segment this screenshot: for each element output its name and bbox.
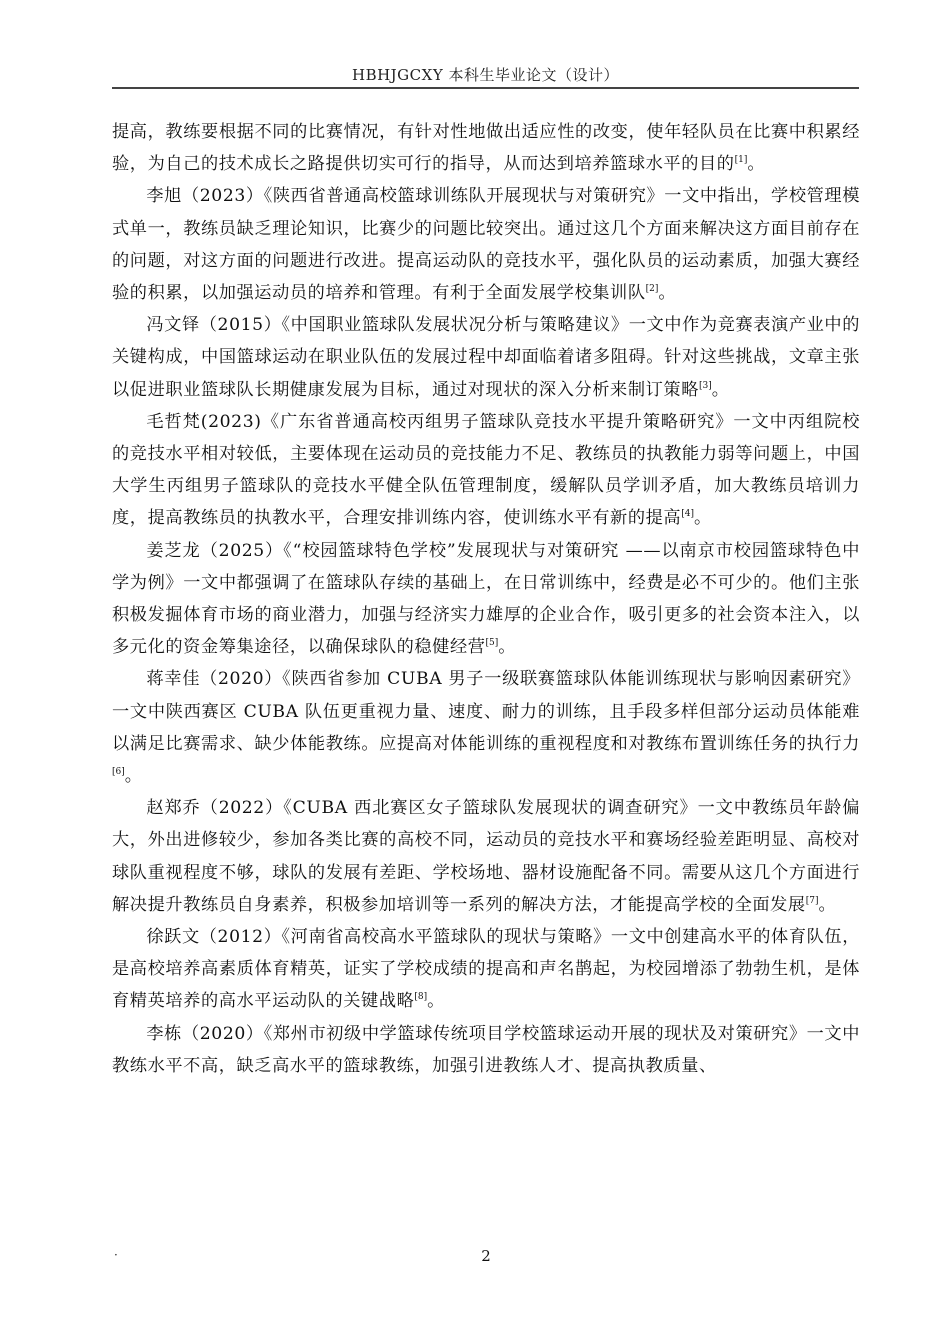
citation-ref[interactable]: [3]	[699, 381, 712, 391]
paragraph-text: 毛哲梵(2023)《广东省普通高校丙组男子篮球队竞技水平提升策略研究》一文中丙组…	[112, 412, 860, 529]
paragraph-text: 李旭（2023）《陕西省普通高校篮球训练队开展现状与对策研究》一文中指出，学校管…	[112, 186, 860, 303]
citation-ref[interactable]: [8]	[414, 992, 427, 1002]
paragraph-zhao-zhengqiao: 赵郑乔（2022）《CUBA 西北赛区女子篮球队发展现状的调查研究》一文中教练员…	[112, 792, 860, 921]
paragraph-continuation: 提高，教练要根据不同的比赛情况，有针对性地做出适应性的改变，使年轻队员在比赛中积…	[112, 116, 860, 180]
paragraph-text: 徐跃文（2012）《河南省高校高水平篮球队的现状与策略》一文中创建高水平的体育队…	[112, 927, 860, 1011]
citation-ref[interactable]: [5]	[486, 638, 499, 648]
paragraph-end: 。	[125, 766, 143, 786]
page-header: HBHJGCXY 本科生毕业论文（设计）	[112, 66, 859, 84]
paragraph-text: 蒋幸佳（2020）《陕西省参加 CUBA 男子一级联赛篮球队体能训练现状与影响因…	[112, 669, 860, 753]
paragraph-end: 。	[427, 991, 445, 1011]
paragraph-end: 。	[712, 380, 730, 400]
paragraph-end: 。	[694, 508, 712, 528]
document-body: 提高，教练要根据不同的比赛情况，有针对性地做出适应性的改变，使年轻队员在比赛中积…	[112, 116, 860, 1082]
paragraph-jiang-zhilong: 姜芝龙（2025）《“校园篮球特色学校”发展现状与对策研究 ——以南京市校园篮球…	[112, 535, 860, 664]
page-number: 2	[0, 1247, 950, 1265]
paragraph-end: 。	[747, 154, 765, 174]
citation-ref[interactable]: [1]	[735, 155, 748, 165]
paragraph-li-xu: 李旭（2023）《陕西省普通高校篮球训练队开展现状与对策研究》一文中指出，学校管…	[112, 180, 860, 309]
citation-ref[interactable]: [6]	[112, 767, 125, 777]
paragraph-feng-wenduo: 冯文铎（2015）《中国职业篮球队发展状况分析与策略建议》一文中作为竞赛表演产业…	[112, 309, 860, 406]
paragraph-li-dong: 李栋（2020）《郑州市初级中学篮球传统项目学校篮球运动开展的现状及对策研究》一…	[112, 1018, 860, 1082]
paragraph-end: 。	[498, 637, 516, 657]
paragraph-mao-zhefan: 毛哲梵(2023)《广东省普通高校丙组男子篮球队竞技水平提升策略研究》一文中丙组…	[112, 406, 860, 535]
paragraph-end: 。	[658, 283, 676, 303]
citation-ref[interactable]: [4]	[681, 509, 694, 519]
paragraph-end: 。	[818, 895, 836, 915]
paragraph-jiang-xingjia: 蒋幸佳（2020）《陕西省参加 CUBA 男子一级联赛篮球队体能训练现状与影响因…	[112, 663, 860, 792]
citation-ref[interactable]: [2]	[646, 284, 659, 294]
paragraph-text: 李栋（2020）《郑州市初级中学篮球传统项目学校篮球运动开展的现状及对策研究》一…	[112, 1024, 860, 1076]
header-rule	[112, 87, 859, 89]
paragraph-xu-yuewen: 徐跃文（2012）《河南省高校高水平篮球队的现状与策略》一文中创建高水平的体育队…	[112, 921, 860, 1018]
paragraph-text: 冯文铎（2015）《中国职业篮球队发展状况分析与策略建议》一文中作为竞赛表演产业…	[112, 315, 860, 399]
paragraph-text: 赵郑乔（2022）《CUBA 西北赛区女子篮球队发展现状的调查研究》一文中教练员…	[112, 798, 860, 915]
citation-ref[interactable]: [7]	[806, 896, 819, 906]
